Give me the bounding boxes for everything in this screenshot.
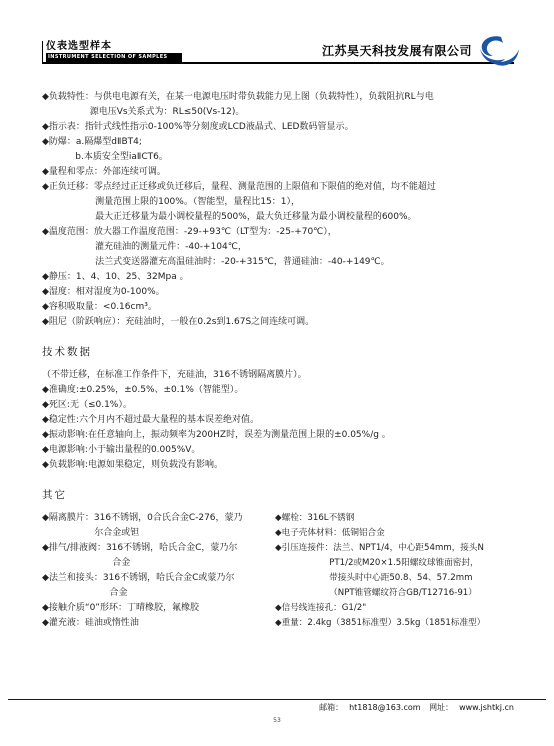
doc-subtitle: INSTRUMENT SELECTION OF SAMPLES <box>46 53 182 62</box>
company-logo-icon <box>478 34 520 72</box>
feature-line: ◆防爆：a.隔爆型dⅡBT4; <box>42 135 514 150</box>
website-value: www.jshtkj.cn <box>459 703 514 712</box>
feature-line: 灌充硅油的测量元件：-40-+104℃， <box>42 240 514 255</box>
feature-line: b.本质安全型iaⅡCT6。 <box>42 150 514 165</box>
feature-line: ◆指示表：指针式线性指示0-100%等分刻度或LCD液晶式、LED数码管显示。 <box>42 120 514 135</box>
email-value: ht1818@163.com <box>349 703 420 712</box>
other-left-line: ◆接触介质“0”形环：丁晴橡胶，氟橡胶 <box>42 601 275 616</box>
feature-line: ◆湿度：相对湿度为0-100%。 <box>42 285 514 300</box>
other-left-line: 合金 <box>42 586 275 601</box>
feature-line: ◆静压：1、4、10、25、32Mpa 。 <box>42 270 514 285</box>
page-header: 仪表选型样本 INSTRUMENT SELECTION OF SAMPLES 江… <box>42 36 514 64</box>
footer-contact: 邮箱：ht1818@163.com 网址：www.jshtkj.cn <box>319 702 514 713</box>
document-page: 仪表选型样本 INSTRUMENT SELECTION OF SAMPLES 江… <box>0 0 554 746</box>
feature-line: 测量范围上限的100%。（智能型，量程比15：1）， <box>42 195 514 210</box>
feature-line: ◆负载特性：与供电电源有关，在某一电源电压时带负载能力见上图（负载特性），负载阻… <box>42 90 514 105</box>
tech-data-list: （不带迁移，在标准工作条件下，充硅油，316不锈钢隔离膜片）。◆准确度:±0.2… <box>42 368 514 473</box>
tech-line: （不带迁移，在标准工作条件下，充硅油，316不锈钢隔离膜片）。 <box>42 368 514 383</box>
feature-line: ◆温度范围：放大器工作温度范围：-29-+93℃（LT型为：-25-+70℃）， <box>42 225 514 240</box>
other-left-line: 尔合金或钽 <box>42 526 275 541</box>
other-columns: ◆隔离膜片：316不锈钢，0合氏合金C-276，蒙乃尔合金或钽◆排气/排液阀：3… <box>42 511 514 631</box>
other-right-line: ◆引压连接件：法兰、NPT1/4，中心距54mm，接头N <box>275 541 514 556</box>
feature-line: ◆阻尼（阶跃响应）：充硅油时，一般在0.2s到1.67S之间连续可调。 <box>42 315 514 330</box>
features-list: ◆负载特性：与供电电源有关，在某一电源电压时带负载能力见上图（负载特性），负载阻… <box>42 90 514 330</box>
other-left-line: ◆排气/排液阀：316不锈钢，哈氏合金C，蒙乃尔 <box>42 541 275 556</box>
footer-divider <box>8 699 546 700</box>
tech-line: ◆稳定性:六个月内不超过最大量程的基本误差绝对值。 <box>42 413 514 428</box>
other-right-line: ◆电子壳体材料：低铜铝合金 <box>275 526 514 541</box>
tech-line: ◆死区:无（≤0.1%）。 <box>42 398 514 413</box>
page-content: ◆负载特性：与供电电源有关，在某一电源电压时带负载能力见上图（负载特性），负载阻… <box>0 64 554 631</box>
section-heading-other: 其它 <box>42 487 514 502</box>
feature-line: 法兰式变送器灌充高温硅油时：-20-+315℃，普通硅油：-40-+149℃。 <box>42 255 514 270</box>
other-right-line: ◆螺栓：316L不锈钢 <box>275 511 514 526</box>
other-left-line: ◆灌充液：硅油或惰性油 <box>42 616 275 631</box>
other-right-line: 带接头时中心距50.8、54、57.2mm <box>275 571 514 586</box>
other-right-line: （NPT锥管螺纹符合GB/T12716-91） <box>275 586 514 601</box>
tech-line: ◆负载影响:电源如果稳定，则负载没有影响。 <box>42 458 514 473</box>
other-right-line: ◆重量：2.4kg（3851标准型）3.5kg（1851标准型） <box>275 616 514 631</box>
feature-line: 源电压Vs关系式为：RL≤50(Vs-12)。 <box>42 105 514 120</box>
page-number: 53 <box>0 717 554 724</box>
feature-line: ◆量程和零点：外部连续可调。 <box>42 165 514 180</box>
tech-line: ◆振动影响:在任意轴向上，振动频率为200HZ时，误差为测量范围上限的±0.05… <box>42 428 514 443</box>
tech-line: ◆电源影响:小于输出量程的0.005%V。 <box>42 443 514 458</box>
other-right-line: ◆信号线连接孔：G1/2" <box>275 601 514 616</box>
doc-title: 仪表选型样本 <box>46 41 182 53</box>
other-left-line: 合金 <box>42 556 275 571</box>
other-right-column: ◆螺栓：316L不锈钢◆电子壳体材料：低铜铝合金◆引压连接件：法兰、NPT1/4… <box>275 511 514 631</box>
other-left-line: ◆隔离膜片：316不锈钢，0合氏合金C-276，蒙乃 <box>42 511 275 526</box>
tech-line: ◆准确度:±0.25%，±0.5%、±0.1%（智能型）。 <box>42 383 514 398</box>
website-label: 网址： <box>429 703 453 712</box>
section-heading-tech-data: 技术数据 <box>42 344 514 359</box>
header-title-block: 仪表选型样本 INSTRUMENT SELECTION OF SAMPLES <box>42 41 182 62</box>
email-label: 邮箱： <box>319 703 343 712</box>
feature-line: ◆容积吸取量：<0.16cm³。 <box>42 300 514 315</box>
other-left-line: ◆法兰和接头：316不锈钢，哈氏合金C或蒙乃尔 <box>42 571 275 586</box>
other-left-column: ◆隔离膜片：316不锈钢，0合氏合金C-276，蒙乃尔合金或钽◆排气/排液阀：3… <box>42 511 275 631</box>
feature-line: ◆正负迁移：零点经过正迁移或负迁移后，量程、测量范围的上限值和下限值的绝对值，均… <box>42 180 514 195</box>
other-right-line: PT1/2或M20×1.5阳螺纹球锥面密封， <box>275 556 514 571</box>
feature-line: 最大正迁移量为最小调校量程的500%，最大负迁移量为最小调校量程的600%。 <box>42 210 514 225</box>
